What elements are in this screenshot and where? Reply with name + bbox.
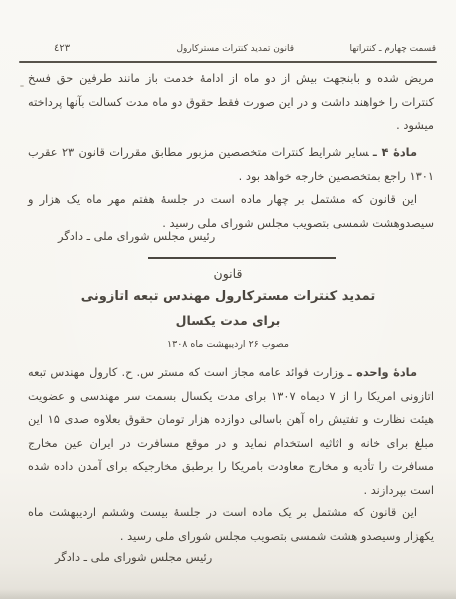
law2-signature: رئیس مجلس شورای ملی ـ دادگر (55, 550, 212, 564)
law2-kicker: قانون (0, 266, 456, 281)
law2-article-text: وزارت فوائد عامه مجاز است که مستر س. ح. … (28, 365, 434, 497)
law1-continuation-paragraph: مریض شده و بابنجهت بیش از دو ماه از ادام… (28, 67, 434, 138)
law2-approval-date: مصوب ۲۶ اردیبهشت ماه ۱۳۰۸ (0, 339, 456, 350)
law2-subtitle: برای مدت یکسال (0, 313, 456, 328)
law1-article-4-label: مادۀ ۴ ـ (373, 145, 417, 159)
scan-edge-shadow (0, 589, 456, 599)
law2-article-paragraph: مادۀ واحده ـوزارت فوائد عامه مجاز است که… (28, 361, 434, 502)
law1-signature: رئیس مجلس شورای ملی ـ دادگر (58, 229, 215, 243)
law2-title: تمدید کنترات مسترکارول مهندس تبعه اتازون… (0, 289, 456, 304)
page-number: ٤٢٣ (54, 43, 70, 54)
law2-ratification-paragraph: این قانون که مشتمل بر یک ماده است در جلس… (28, 501, 434, 548)
law1-ratification-paragraph: این قانون که مشتمل بر چهار ماده است در ج… (28, 188, 434, 235)
scanned-document-page: قسمت چهارم ـ کنتراتها قانون تمدید کنترات… (0, 0, 456, 599)
header-rule (19, 61, 437, 63)
law1-article-4-paragraph: مادۀ ۴ ـسایر شرایط کنترات متخصصین مزبور … (28, 141, 434, 188)
header-section-title: قسمت چهارم ـ کنتراتها (349, 44, 436, 54)
scan-speck (20, 85, 24, 87)
header-running-title: قانون تمدید کنترات مسترکارول (177, 44, 295, 54)
section-divider (148, 257, 336, 259)
law2-article-label: مادۀ واحده ـ (348, 365, 417, 379)
